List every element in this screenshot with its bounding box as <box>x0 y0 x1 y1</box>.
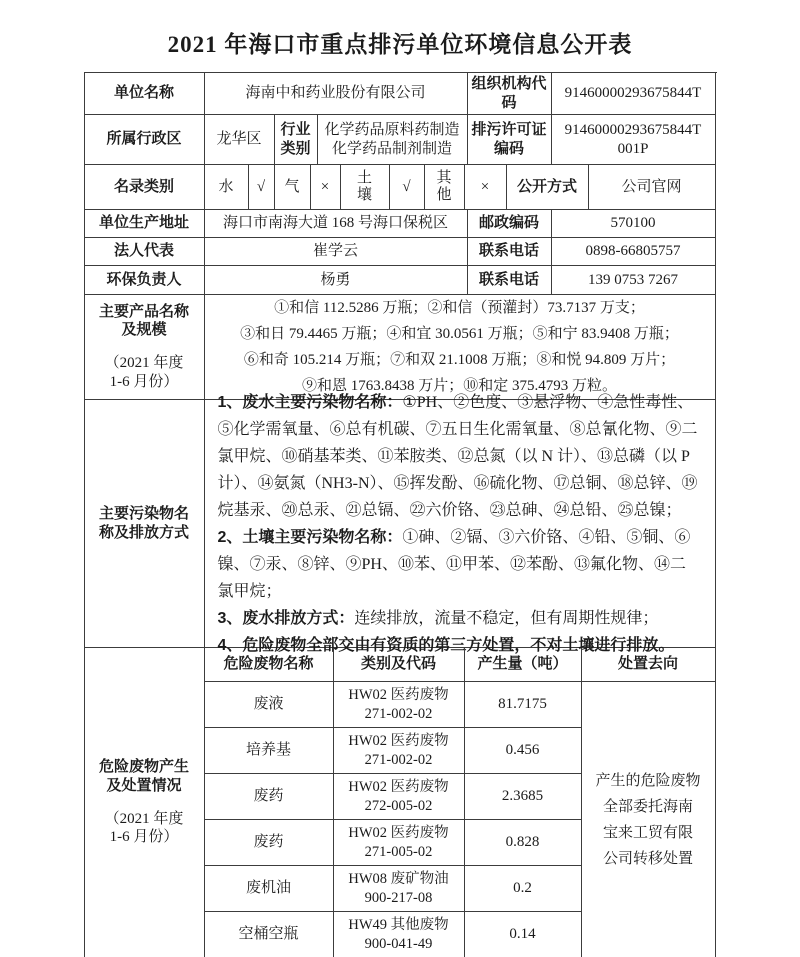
document-table: 单位名称 海南中和药业股份有限公司 组织机构代码 914600002936758… <box>84 72 717 957</box>
hazwaste-label-main: 危险废物产生及处置情况 <box>95 758 194 796</box>
hazwaste-code: HW02 医药废物271-002-02 <box>334 682 465 728</box>
catalog-other-label: 其他 <box>425 165 465 210</box>
catalog-label: 名录类别 <box>85 165 205 210</box>
hazwaste-name: 废药 <box>205 820 334 866</box>
hazwaste-name: 废药 <box>205 774 334 820</box>
hazwaste-disposal-destination: 产生的危险废物 全部委托海南 宝来工贸有限 公司转移处置 <box>582 682 716 957</box>
postcode-label: 邮政编码 <box>468 210 552 238</box>
hazwaste-label: 危险废物产生及处置情况 （2021 年度 1-6 月份） <box>85 648 205 957</box>
legal-rep-label: 法人代表 <box>85 238 205 266</box>
row-catalog: 名录类别 水 √ 气 × 土壤 √ 其他 × 公开方式 公司官网 <box>85 165 717 210</box>
products-content: ①和信 112.5286 万瓶；②和信（预灌封）73.7137 万支； ③和日 … <box>205 295 716 400</box>
hazwaste-header-amount: 产生量（吨） <box>465 648 582 682</box>
products-line: ⑥和奇 105.214 万瓶；⑦和双 21.1008 万瓶；⑧和悦 94.809… <box>244 347 675 373</box>
pollutant-item-heading: 3、废水排放方式： <box>218 610 355 627</box>
pollutant-item-heading: 1、废水主要污染物名称： <box>218 394 403 411</box>
hazwaste-code: HW08 废矿物油900-217-08 <box>334 866 465 912</box>
hazwaste-name: 空桶空瓶 <box>205 912 334 957</box>
page-title: 2021 年海口市重点排污单位环境信息公开表 <box>0 0 800 59</box>
env-officer-value: 杨勇 <box>205 266 468 295</box>
row-env-officer: 环保负责人 杨勇 联系电话 139 0753 7267 <box>85 266 717 295</box>
pollutant-item-soil: 2、土壤主要污染物名称：①砷、②镉、③六价铬、④铅、⑤铜、⑥镍、⑦汞、⑧锌、⑨P… <box>218 524 702 605</box>
products-line: ①和信 112.5286 万瓶；②和信（预灌封）73.7137 万支； <box>274 295 645 321</box>
hazwaste-name: 废液 <box>205 682 334 728</box>
hazwaste-code: HW02 医药废物272-005-02 <box>334 774 465 820</box>
hazwaste-code: HW02 医药废物271-002-02 <box>334 728 465 774</box>
hazwaste-amount: 0.456 <box>465 728 582 774</box>
hazwaste-header-row: 危险废物名称 类别及代码 产生量（吨） 处置去向 <box>205 648 716 682</box>
hazwaste-code-line: 900-041-49 <box>365 935 433 953</box>
hazwaste-code-line: HW08 废矿物油 <box>348 870 448 888</box>
catalog-soil-text: 土壤 <box>356 170 373 205</box>
hazwaste-code-line: 900-217-08 <box>365 889 433 907</box>
catalog-other-mark: × <box>465 165 507 210</box>
pollutant-item-wastewater: 1、废水主要污染物名称：①PH、②色度、③悬浮物、④急性毒性、⑤化学需氧量、⑥总… <box>218 389 702 524</box>
pollutant-item-discharge-mode: 3、废水排放方式：连续排放，流量不稳定，但有周期性规律； <box>218 605 659 632</box>
disclosure-label: 公开方式 <box>507 165 589 210</box>
table-row: 废机油 HW08 废矿物油900-217-08 0.2 <box>205 866 582 912</box>
industry-value: 化学药品原料药制造 化学药品制剂制造 <box>318 115 468 165</box>
catalog-other-text: 其他 <box>436 170 453 205</box>
catalog-water-mark: √ <box>249 165 275 210</box>
table-row: 培养基 HW02 医药废物271-002-02 0.456 <box>205 728 582 774</box>
phone2-label: 联系电话 <box>468 266 552 295</box>
pollutants-content: 1、废水主要污染物名称：①PH、②色度、③悬浮物、④急性毒性、⑤化学需氧量、⑥总… <box>205 400 716 648</box>
org-code-value: 91460000293675844T <box>552 73 716 115</box>
env-officer-label: 环保负责人 <box>85 266 205 295</box>
legal-rep-value: 崔学云 <box>205 238 468 266</box>
table-row: 空桶空瓶 HW49 其他废物900-041-49 0.14 <box>205 912 582 957</box>
hazwaste-code-line: 271-002-02 <box>365 751 433 769</box>
hazwaste-amount: 0.14 <box>465 912 582 957</box>
section-products: 主要产品名称及规模 （2021 年度 1-6 月份） ①和信 112.5286 … <box>85 295 717 400</box>
hazwaste-amount: 0.828 <box>465 820 582 866</box>
hazwaste-rows: 废液 HW02 医药废物271-002-02 81.7175 培养基 HW02 … <box>205 682 582 957</box>
permit-value: 91460000293675844T 001P <box>552 115 716 165</box>
hazwaste-name: 培养基 <box>205 728 334 774</box>
district-label: 所属行政区 <box>85 115 205 165</box>
pollutant-item-text: 连续排放，流量不稳定，但有周期性规律； <box>354 610 658 627</box>
industry-label: 行业类别 <box>275 115 318 165</box>
row-address: 单位生产地址 海口市南海大道 168 号海口保税区 邮政编码 570100 <box>85 210 717 238</box>
permit-line-2: 001P <box>618 140 649 159</box>
address-value: 海口市南海大道 168 号海口保税区 <box>205 210 468 238</box>
phone1-label: 联系电话 <box>468 238 552 266</box>
industry-line-2: 化学药品制剂制造 <box>332 140 452 159</box>
industry-line-1: 化学药品原料药制造 <box>324 121 459 140</box>
hazwaste-table: 危险废物名称 类别及代码 产生量（吨） 处置去向 废液 HW02 医药废物271… <box>205 648 716 957</box>
products-label: 主要产品名称及规模 （2021 年度 1-6 月份） <box>85 295 205 400</box>
hazwaste-amount: 0.2 <box>465 866 582 912</box>
hazwaste-header-name: 危险废物名称 <box>205 648 334 682</box>
pollutants-label: 主要污染物名称及排放方式 <box>85 400 205 648</box>
permit-line-1: 91460000293675844T <box>565 121 702 140</box>
table-row: 废药 HW02 医药废物271-005-02 0.828 <box>205 820 582 866</box>
pollutant-item-heading: 2、土壤主要污染物名称： <box>218 529 403 546</box>
hazwaste-body: 废液 HW02 医药废物271-002-02 81.7175 培养基 HW02 … <box>205 682 716 957</box>
catalog-soil-mark: √ <box>390 165 425 210</box>
unit-name-value: 海南中和药业股份有限公司 <box>205 73 468 115</box>
district-value: 龙华区 <box>205 115 275 165</box>
phone2-value: 139 0753 7267 <box>552 266 716 295</box>
row-legal-rep: 法人代表 崔学云 联系电话 0898-66805757 <box>85 238 717 266</box>
catalog-air-label: 气 <box>275 165 311 210</box>
org-code-label: 组织机构代码 <box>468 73 552 115</box>
hazwaste-name: 废机油 <box>205 866 334 912</box>
permit-label: 排污许可证编码 <box>468 115 552 165</box>
phone1-value: 0898-66805757 <box>552 238 716 266</box>
hazwaste-label-period: （2021 年度 1-6 月份） <box>105 810 184 848</box>
hazwaste-header-code: 类别及代码 <box>334 648 465 682</box>
hazwaste-code-line: HW02 医药废物 <box>348 686 448 704</box>
products-label-period: （2021 年度 1-6 月份） <box>105 354 184 392</box>
pollutant-item-text: ①PH、②色度、③悬浮物、④急性毒性、⑤化学需氧量、⑥总有机碳、⑦五日生化需氧量… <box>218 394 698 519</box>
hazwaste-code-line: 271-002-02 <box>365 705 433 723</box>
hazwaste-code: HW49 其他废物900-041-49 <box>334 912 465 957</box>
section-pollutants: 主要污染物名称及排放方式 1、废水主要污染物名称：①PH、②色度、③悬浮物、④急… <box>85 400 717 648</box>
address-label: 单位生产地址 <box>85 210 205 238</box>
hazwaste-code: HW02 医药废物271-005-02 <box>334 820 465 866</box>
pollutants-label-main: 主要污染物名称及排放方式 <box>95 505 194 543</box>
table-row: 废药 HW02 医药废物272-005-02 2.3685 <box>205 774 582 820</box>
hazwaste-code-line: 272-005-02 <box>365 797 433 815</box>
hazwaste-code-line: HW49 其他废物 <box>348 916 448 934</box>
catalog-soil-label: 土壤 <box>341 165 390 210</box>
table-row: 废液 HW02 医药废物271-002-02 81.7175 <box>205 682 582 728</box>
hazwaste-amount: 2.3685 <box>465 774 582 820</box>
unit-name-label: 单位名称 <box>85 73 205 115</box>
hazwaste-code-line: 271-005-02 <box>365 843 433 861</box>
row-unit-name: 单位名称 海南中和药业股份有限公司 组织机构代码 914600002936758… <box>85 73 717 115</box>
disclosure-value: 公司官网 <box>589 165 716 210</box>
products-label-main: 主要产品名称及规模 <box>95 303 194 341</box>
row-district: 所属行政区 龙华区 行业类别 化学药品原料药制造 化学药品制剂制造 排污许可证编… <box>85 115 717 165</box>
catalog-water-label: 水 <box>205 165 249 210</box>
hazwaste-header-disposal: 处置去向 <box>582 648 716 682</box>
hazwaste-code-line: HW02 医药废物 <box>348 824 448 842</box>
section-hazwaste: 危险废物产生及处置情况 （2021 年度 1-6 月份） 危险废物名称 类别及代… <box>85 648 717 957</box>
catalog-air-mark: × <box>311 165 341 210</box>
hazwaste-amount: 81.7175 <box>465 682 582 728</box>
postcode-value: 570100 <box>552 210 716 238</box>
hazwaste-code-line: HW02 医药废物 <box>348 778 448 796</box>
hazwaste-code-line: HW02 医药废物 <box>348 732 448 750</box>
products-line: ③和日 79.4465 万瓶；④和宜 30.0561 万瓶；⑤和宁 83.940… <box>240 321 679 347</box>
